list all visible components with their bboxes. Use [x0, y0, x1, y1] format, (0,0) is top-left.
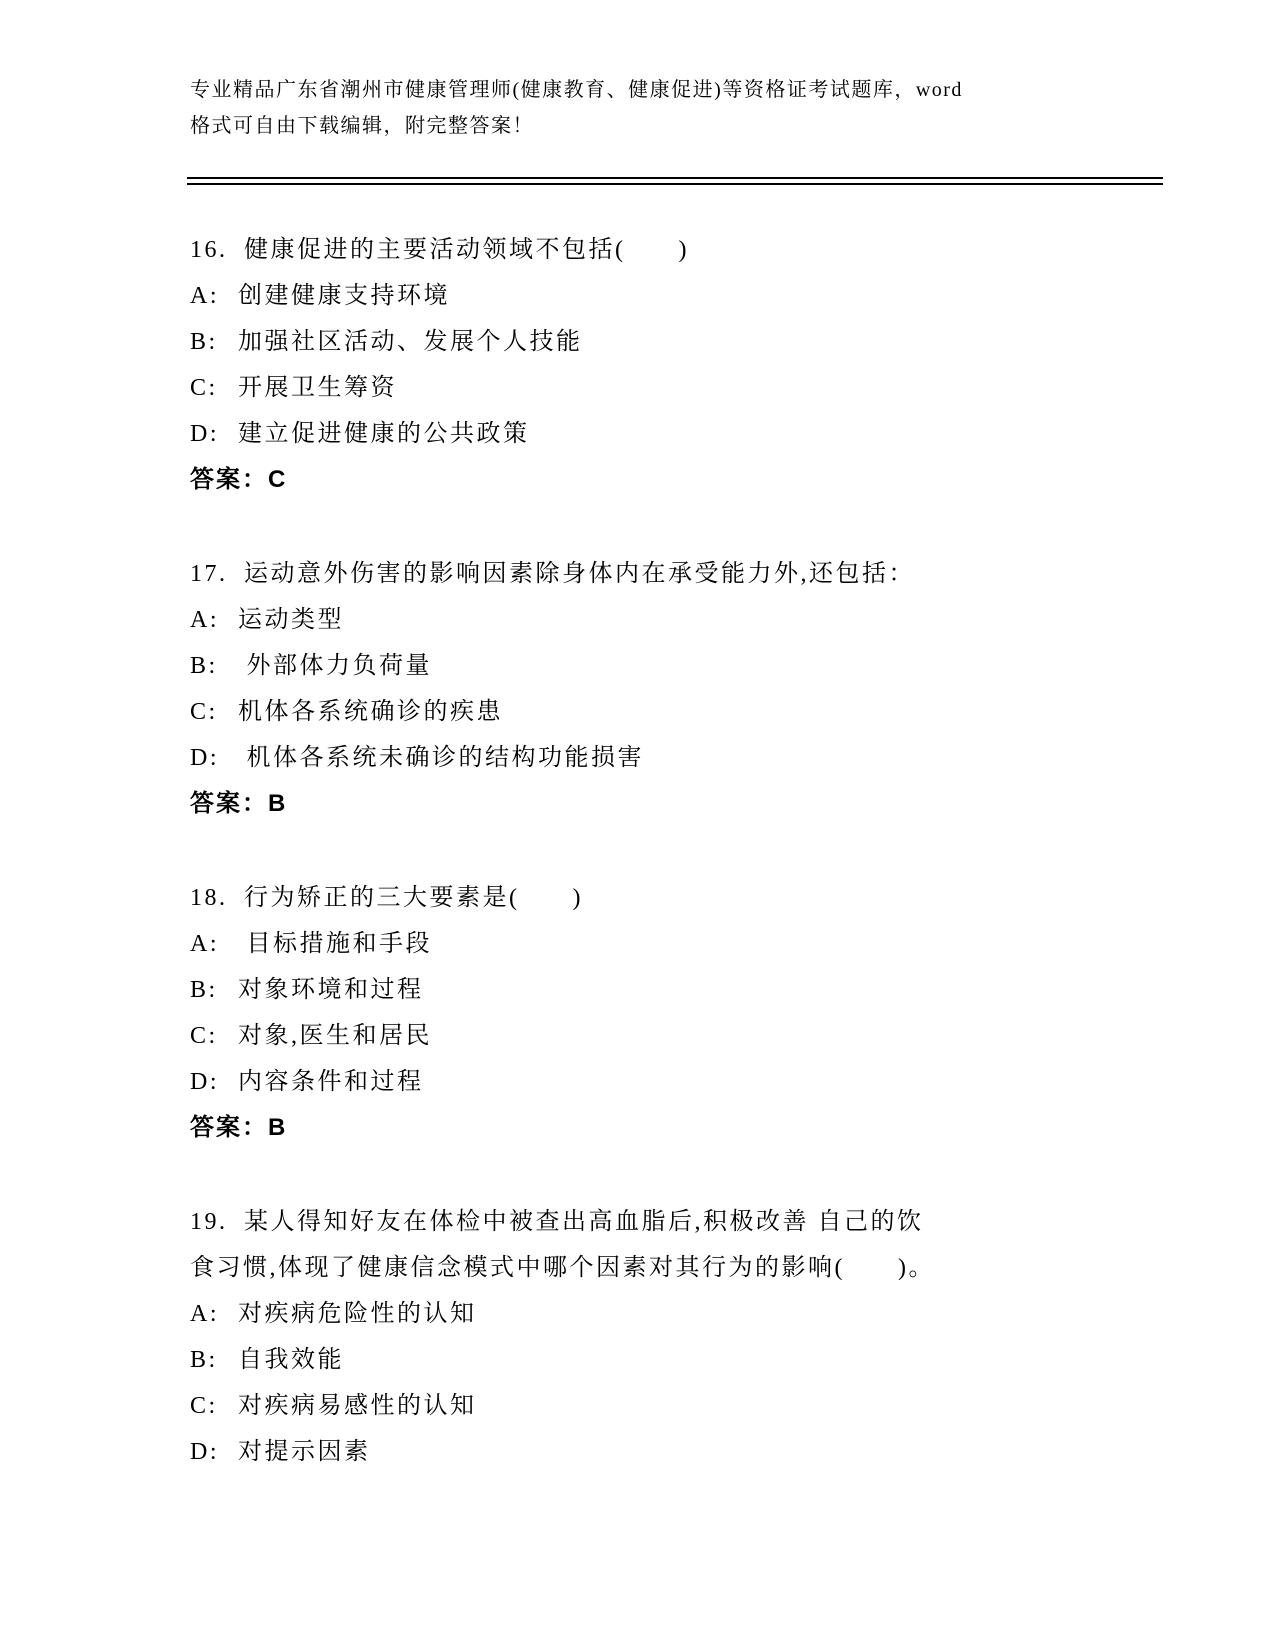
option-label: B:: [190, 319, 238, 365]
question-18: 18.行为矫正的三大要素是( ) A: 目标措施和手段 B:对象环境和过程 C:…: [190, 875, 1070, 1151]
answer-label: 答案：: [190, 790, 268, 817]
option-label: D:: [190, 411, 238, 457]
option-a: A:运动类型: [190, 597, 1070, 643]
option-label: B:: [190, 643, 238, 689]
option-d: D:对提示因素: [190, 1429, 1070, 1475]
option-a: A:创建健康支持环境: [190, 273, 1070, 319]
question-text: 健康促进的主要活动领域不包括( ): [244, 237, 689, 263]
option-a: A:对疾病危险性的认知: [190, 1291, 1070, 1337]
question-number: 18.: [190, 875, 244, 921]
page-header-text: 专业精品广东省潮州市健康管理师(健康教育、健康促进)等资格证考试题库，word格…: [190, 72, 975, 144]
question-number: 16.: [190, 227, 244, 273]
option-text: 运动类型: [238, 607, 344, 633]
option-label: C:: [190, 1383, 238, 1429]
option-label: C:: [190, 1013, 238, 1059]
option-text: 对疾病危险性的认知: [238, 1301, 477, 1327]
option-label: A:: [190, 921, 238, 967]
answer-line: 答案：B: [190, 781, 1070, 827]
option-label: A:: [190, 597, 238, 643]
option-text: 创建健康支持环境: [238, 283, 450, 309]
option-label: D:: [190, 1429, 238, 1475]
header-divider-rule: [187, 177, 1163, 185]
option-text: 对疾病易感性的认知: [238, 1393, 477, 1419]
answer-line: 答案：C: [190, 457, 1070, 503]
question-19: 19.某人得知好友在体检中被查出高血脂后,积极改善 自己的饮食习惯,体现了健康信…: [190, 1199, 1070, 1475]
question-number: 17.: [190, 551, 244, 597]
question-text: 行为矫正的三大要素是( ): [244, 885, 583, 911]
option-label: C:: [190, 689, 238, 735]
question-17: 17.运动意外伤害的影响因素除身体内在承受能力外,还包括： A:运动类型 B: …: [190, 551, 1070, 827]
option-text: 目标措施和手段: [238, 931, 432, 957]
option-a: A: 目标措施和手段: [190, 921, 1070, 967]
option-text: 机体各系统未确诊的结构功能损害: [238, 745, 644, 771]
option-text: 开展卫生筹资: [238, 375, 397, 401]
option-text: 外部体力负荷量: [238, 653, 432, 679]
option-text: 对象,医生和居民: [238, 1023, 432, 1049]
question-text: 某人得知好友在体检中被查出高血脂后,积极改善 自己的饮食习惯,体现了健康信念模式…: [190, 1209, 935, 1281]
option-b: B:对象环境和过程: [190, 967, 1070, 1013]
option-label: C:: [190, 365, 238, 411]
option-label: D:: [190, 735, 238, 781]
option-label: B:: [190, 967, 238, 1013]
answer-label: 答案：: [190, 466, 268, 493]
answer-value: C: [268, 466, 287, 493]
answer-label: 答案：: [190, 1114, 268, 1141]
option-text: 对提示因素: [238, 1439, 371, 1465]
document-page: 专业精品广东省潮州市健康管理师(健康教育、健康促进)等资格证考试题库，word格…: [0, 0, 1275, 1650]
option-c: C:机体各系统确诊的疾患: [190, 689, 1070, 735]
option-text: 内容条件和过程: [238, 1069, 424, 1095]
answer-value: B: [268, 790, 287, 817]
option-d: D:建立促进健康的公共政策: [190, 411, 1070, 457]
question-stem: 16.健康促进的主要活动领域不包括( ): [190, 227, 935, 273]
option-label: D:: [190, 1059, 238, 1105]
option-text: 建立促进健康的公共政策: [238, 421, 530, 447]
question-stem: 17.运动意外伤害的影响因素除身体内在承受能力外,还包括：: [190, 551, 935, 597]
question-text: 运动意外伤害的影响因素除身体内在承受能力外,还包括：: [244, 561, 915, 587]
option-c: C:对象,医生和居民: [190, 1013, 1070, 1059]
question-number: 19.: [190, 1199, 244, 1245]
option-text: 对象环境和过程: [238, 977, 424, 1003]
option-label: A:: [190, 273, 238, 319]
option-text: 机体各系统确诊的疾患: [238, 699, 503, 725]
option-d: D: 机体各系统未确诊的结构功能损害: [190, 735, 1070, 781]
option-c: C:对疾病易感性的认知: [190, 1383, 1070, 1429]
answer-value: B: [268, 1114, 287, 1141]
questions-list: 16.健康促进的主要活动领域不包括( ) A:创建健康支持环境 B:加强社区活动…: [190, 227, 1070, 1475]
option-b: B:加强社区活动、发展个人技能: [190, 319, 1070, 365]
option-c: C:开展卫生筹资: [190, 365, 1070, 411]
option-b: B: 外部体力负荷量: [190, 643, 1070, 689]
question-stem: 18.行为矫正的三大要素是( ): [190, 875, 935, 921]
option-label: A:: [190, 1291, 238, 1337]
option-d: D:内容条件和过程: [190, 1059, 1070, 1105]
option-b: B:自我效能: [190, 1337, 1070, 1383]
option-text: 加强社区活动、发展个人技能: [238, 329, 583, 355]
option-label: B:: [190, 1337, 238, 1383]
answer-line: 答案：B: [190, 1105, 1070, 1151]
question-16: 16.健康促进的主要活动领域不包括( ) A:创建健康支持环境 B:加强社区活动…: [190, 227, 1070, 503]
question-stem: 19.某人得知好友在体检中被查出高血脂后,积极改善 自己的饮食习惯,体现了健康信…: [190, 1199, 935, 1291]
option-text: 自我效能: [238, 1347, 344, 1373]
